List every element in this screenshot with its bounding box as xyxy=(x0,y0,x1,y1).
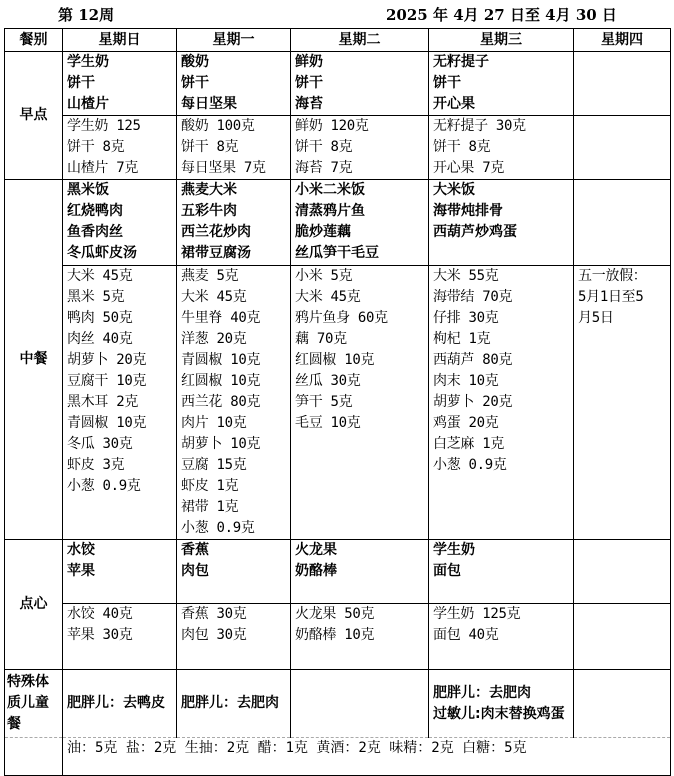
cell-line: 黑木耳 2克 xyxy=(67,392,172,413)
col-header-thursday: 星期四 xyxy=(574,29,671,52)
cell-line: 奶酪棒 xyxy=(295,561,424,582)
cell-line: 肥胖儿：去肥肉 xyxy=(181,693,286,714)
special-diet-cell: 肥胖儿：去肥肉过敏儿:肉末替换鸡蛋 xyxy=(429,670,574,738)
cell-line: 胡萝卜 20克 xyxy=(433,392,569,413)
cell-line: 饼干 xyxy=(433,73,569,94)
cell-line: 大米 45克 xyxy=(295,287,424,308)
cell-line: 火龙果 50克 xyxy=(295,604,424,625)
cell-line: 水饺 xyxy=(67,540,172,561)
col-header-tuesday: 星期二 xyxy=(291,29,429,52)
cell-line: 青圆椒 10克 xyxy=(181,350,286,371)
col-header-monday: 星期一 xyxy=(177,29,291,52)
seasoning-label-cell xyxy=(5,738,63,776)
breakfast-ingredients-cell: 鲜奶 120克饼干 8克海苔 7克 xyxy=(291,116,429,180)
cell-line: 西兰花 80克 xyxy=(181,392,286,413)
week-number: 第 12周 xyxy=(58,4,114,25)
cell-line: 五一放假： xyxy=(578,266,666,287)
cell-line: 山楂片 xyxy=(67,94,172,115)
cell-line: 豆腐 15克 xyxy=(181,455,286,476)
breakfast-ingredients-cell: 学生奶 125饼干 8克山楂片 7克 xyxy=(63,116,177,180)
seasoning-row: 油：5克 盐：2克 生抽：2克 醋：1克 黄酒：2克 味精：2克 白糖：5克 xyxy=(5,738,671,776)
cell-line: 藕 70克 xyxy=(295,329,424,350)
cell-line: 燕麦大米 xyxy=(181,180,286,201)
breakfast-ingredients-cell: 酸奶 100克饼干 8克每日坚果 7克 xyxy=(177,116,291,180)
cell-line: 肉末 10克 xyxy=(433,371,569,392)
meal-label-breakfast: 早点 xyxy=(5,52,63,180)
snack-dishes-cell: 火龙果奶酪棒 xyxy=(291,540,429,604)
cell-line: 洋葱 20克 xyxy=(181,329,286,350)
lunch-ingredients-cell: 小米 5克大米 45克鸦片鱼身 60克藕 70克红圆椒 10克丝瓜 30克笋干 … xyxy=(291,266,429,540)
cell-line: 枸杞 1克 xyxy=(433,329,569,350)
cell-line: 学生奶 125 xyxy=(67,116,172,137)
snack-ingredients-cell: 香蕉 30克肉包 30克 xyxy=(177,604,291,670)
lunch-dishes-cell xyxy=(574,180,671,266)
special-diet-cell xyxy=(574,670,671,738)
snack-dishes-cell xyxy=(574,540,671,604)
cell-line: 水饺 40克 xyxy=(67,604,172,625)
date-range: 2025 年 4月 27 日至 4月 30 日 xyxy=(386,4,617,25)
snack-ingredients-cell: 学生奶 125克面包 40克 xyxy=(429,604,574,670)
cell-line: 肥胖儿：去肥肉 xyxy=(433,683,569,704)
snack-ingredients-cell xyxy=(574,604,671,670)
col-header-meal: 餐别 xyxy=(5,29,63,52)
cell-line: 毛豆 10克 xyxy=(295,413,424,434)
cell-line: 大米饭 xyxy=(433,180,569,201)
cell-line: 冬瓜虾皮汤 xyxy=(67,243,172,264)
breakfast-dishes-cell: 无籽提子饼干开心果 xyxy=(429,52,574,116)
cell-line: 红圆椒 10克 xyxy=(295,350,424,371)
cell-line: 香蕉 xyxy=(181,540,286,561)
lunch-dishes-cell: 黑米饭红烧鸭肉鱼香肉丝冬瓜虾皮汤 xyxy=(63,180,177,266)
cell-line: 鲜奶 120克 xyxy=(295,116,424,137)
cell-line: 海苔 xyxy=(295,94,424,115)
cell-line: 每日坚果 xyxy=(181,94,286,115)
cell-line: 小米二米饭 xyxy=(295,180,424,201)
cell-line: 饼干 8克 xyxy=(67,137,172,158)
cell-line: 黑米 5克 xyxy=(67,287,172,308)
cell-line: 鸭肉 50克 xyxy=(67,308,172,329)
cell-line: 饼干 8克 xyxy=(181,137,286,158)
cell-line: 面包 40克 xyxy=(433,625,569,646)
col-header-wednesday: 星期三 xyxy=(429,29,574,52)
cell-line: 西葫芦 80克 xyxy=(433,350,569,371)
special-diet-row: 特殊体质儿童餐 肥胖儿：去鸭皮 肥胖儿：去肥肉 肥胖儿：去肥肉过敏儿:肉末替换鸡… xyxy=(5,670,671,738)
lunch-ingredients-cell: 燕麦 5克大米 45克牛里脊 40克洋葱 20克青圆椒 10克红圆椒 10克西兰… xyxy=(177,266,291,540)
snack-ingredients-row: 水饺 40克苹果 30克 香蕉 30克肉包 30克 火龙果 50克奶酪棒 10克… xyxy=(5,604,671,670)
breakfast-ingredients-row: 学生奶 125饼干 8克山楂片 7克 酸奶 100克饼干 8克每日坚果 7克 鲜… xyxy=(5,116,671,180)
cell-line: 青圆椒 10克 xyxy=(67,413,172,434)
special-diet-cell: 肥胖儿：去鸭皮 xyxy=(63,670,177,738)
cell-line: 牛里脊 40克 xyxy=(181,308,286,329)
cell-line: 开心果 xyxy=(433,94,569,115)
cell-line: 海带结 70克 xyxy=(433,287,569,308)
cell-line: 鱼香肉丝 xyxy=(67,222,172,243)
cell-line: 燕麦 5克 xyxy=(181,266,286,287)
meal-label-snack: 点心 xyxy=(5,540,63,670)
breakfast-ingredients-cell xyxy=(574,116,671,180)
cell-line: 月5日 xyxy=(578,308,666,329)
cell-line: 学生奶 xyxy=(67,52,172,73)
cell-line: 酸奶 xyxy=(181,52,286,73)
breakfast-dishes-cell: 酸奶饼干每日坚果 xyxy=(177,52,291,116)
cell-line: 五彩牛肉 xyxy=(181,201,286,222)
cell-line: 西兰花炒肉 xyxy=(181,222,286,243)
cell-line: 白芝麻 1克 xyxy=(433,434,569,455)
cell-line: 海带炖排骨 xyxy=(433,201,569,222)
cell-line: 酸奶 100克 xyxy=(181,116,286,137)
cell-line: 开心果 7克 xyxy=(433,158,569,179)
cell-line: 小葱 0.9克 xyxy=(67,476,172,497)
snack-dishes-cell: 香蕉肉包 xyxy=(177,540,291,604)
cell-line: 海苔 7克 xyxy=(295,158,424,179)
holiday-notice-cell: 五一放假：5月1日至5月5日 xyxy=(574,266,671,540)
breakfast-dishes-cell: 学生奶饼干山楂片 xyxy=(63,52,177,116)
cell-line: 冬瓜 30克 xyxy=(67,434,172,455)
cell-line: 豆腐干 10克 xyxy=(67,371,172,392)
cell-line: 学生奶 125克 xyxy=(433,604,569,625)
cell-line: 山楂片 7克 xyxy=(67,158,172,179)
cell-line: 小葱 0.9克 xyxy=(433,455,569,476)
breakfast-dishes-cell xyxy=(574,52,671,116)
snack-ingredients-cell: 水饺 40克苹果 30克 xyxy=(63,604,177,670)
cell-line: 鲜奶 xyxy=(295,52,424,73)
weekly-menu-table: 餐别 星期日 星期一 星期二 星期三 星期四 早点 学生奶饼干山楂片 酸奶饼干每… xyxy=(4,28,671,776)
lunch-ingredients-row: 大米 45克黑米 5克鸭肉 50克肉丝 40克胡萝卜 20克豆腐干 10克黑木耳… xyxy=(5,266,671,540)
cell-line: 饼干 xyxy=(67,73,172,94)
cell-line: 饼干 8克 xyxy=(433,137,569,158)
snack-ingredients-cell: 火龙果 50克奶酪棒 10克 xyxy=(291,604,429,670)
snack-dishes-cell: 学生奶面包 xyxy=(429,540,574,604)
lunch-dishes-cell: 燕麦大米五彩牛肉西兰花炒肉裙带豆腐汤 xyxy=(177,180,291,266)
cell-line: 饼干 8克 xyxy=(295,137,424,158)
breakfast-ingredients-cell: 无籽提子 30克饼干 8克开心果 7克 xyxy=(429,116,574,180)
cell-line: 大米 45克 xyxy=(67,266,172,287)
lunch-ingredients-cell: 大米 45克黑米 5克鸭肉 50克肉丝 40克胡萝卜 20克豆腐干 10克黑木耳… xyxy=(63,266,177,540)
col-header-sunday: 星期日 xyxy=(63,29,177,52)
snack-dishes-row: 点心 水饺苹果 香蕉肉包 火龙果奶酪棒 学生奶面包 xyxy=(5,540,671,604)
meal-label-lunch: 中餐 xyxy=(5,180,63,540)
cell-line: 学生奶 xyxy=(433,540,569,561)
special-diet-cell xyxy=(291,670,429,738)
cell-line: 肉包 30克 xyxy=(181,625,286,646)
cell-line: 红烧鸭肉 xyxy=(67,201,172,222)
breakfast-dishes-row: 早点 学生奶饼干山楂片 酸奶饼干每日坚果 鲜奶饼干海苔 无籽提子饼干开心果 xyxy=(5,52,671,116)
cell-line: 苹果 30克 xyxy=(67,625,172,646)
cell-line: 火龙果 xyxy=(295,540,424,561)
cell-line: 脆炒莲藕 xyxy=(295,222,424,243)
cell-line: 丝瓜 30克 xyxy=(295,371,424,392)
cell-line: 虾皮 1克 xyxy=(181,476,286,497)
cell-line: 面包 xyxy=(433,561,569,582)
cell-line: 鸦片鱼身 60克 xyxy=(295,308,424,329)
cell-line: 无籽提子 xyxy=(433,52,569,73)
cell-line: 虾皮 3克 xyxy=(67,455,172,476)
cell-line: 每日坚果 7克 xyxy=(181,158,286,179)
cell-line: 胡萝卜 10克 xyxy=(181,434,286,455)
cell-line: 仔排 30克 xyxy=(433,308,569,329)
cell-line: 黑米饭 xyxy=(67,180,172,201)
cell-line: 香蕉 30克 xyxy=(181,604,286,625)
cell-line: 饼干 xyxy=(181,73,286,94)
special-diet-cell: 肥胖儿：去肥肉 xyxy=(177,670,291,738)
lunch-dishes-row: 中餐 黑米饭红烧鸭肉鱼香肉丝冬瓜虾皮汤 燕麦大米五彩牛肉西兰花炒肉裙带豆腐汤 小… xyxy=(5,180,671,266)
cell-line: 过敏儿:肉末替换鸡蛋 xyxy=(433,704,569,725)
lunch-ingredients-cell: 大米 55克海带结 70克仔排 30克枸杞 1克西葫芦 80克肉末 10克胡萝卜… xyxy=(429,266,574,540)
snack-dishes-cell: 水饺苹果 xyxy=(63,540,177,604)
cell-line: 裙带 1克 xyxy=(181,497,286,518)
lunch-dishes-cell: 小米二米饭清蒸鸦片鱼脆炒莲藕丝瓜笋干毛豆 xyxy=(291,180,429,266)
cell-line: 红圆椒 10克 xyxy=(181,371,286,392)
cell-line: 肥胖儿：去鸭皮 xyxy=(67,693,172,714)
cell-line: 5月1日至5 xyxy=(578,287,666,308)
cell-line: 大米 55克 xyxy=(433,266,569,287)
cell-line: 小米 5克 xyxy=(295,266,424,287)
cell-line: 西葫芦炒鸡蛋 xyxy=(433,222,569,243)
meal-label-special: 特殊体质儿童餐 xyxy=(5,670,63,738)
cell-line: 大米 45克 xyxy=(181,287,286,308)
cell-line: 笋干 5克 xyxy=(295,392,424,413)
breakfast-dishes-cell: 鲜奶饼干海苔 xyxy=(291,52,429,116)
cell-line: 肉片 10克 xyxy=(181,413,286,434)
cell-line: 肉包 xyxy=(181,561,286,582)
cell-line: 胡萝卜 20克 xyxy=(67,350,172,371)
cell-line: 裙带豆腐汤 xyxy=(181,243,286,264)
cell-line: 小葱 0.9克 xyxy=(181,518,286,539)
lunch-dishes-cell: 大米饭海带炖排骨西葫芦炒鸡蛋 xyxy=(429,180,574,266)
cell-line: 鸡蛋 20克 xyxy=(433,413,569,434)
seasoning-text: 油：5克 盐：2克 生抽：2克 醋：1克 黄酒：2克 味精：2克 白糖：5克 xyxy=(63,738,671,776)
cell-line: 苹果 xyxy=(67,561,172,582)
cell-line: 肉丝 40克 xyxy=(67,329,172,350)
cell-line: 丝瓜笋干毛豆 xyxy=(295,243,424,264)
cell-line: 奶酪棒 10克 xyxy=(295,625,424,646)
cell-line: 无籽提子 30克 xyxy=(433,116,569,137)
cell-line: 清蒸鸦片鱼 xyxy=(295,201,424,222)
header-row: 餐别 星期日 星期一 星期二 星期三 星期四 xyxy=(5,29,671,52)
cell-line: 饼干 xyxy=(295,73,424,94)
